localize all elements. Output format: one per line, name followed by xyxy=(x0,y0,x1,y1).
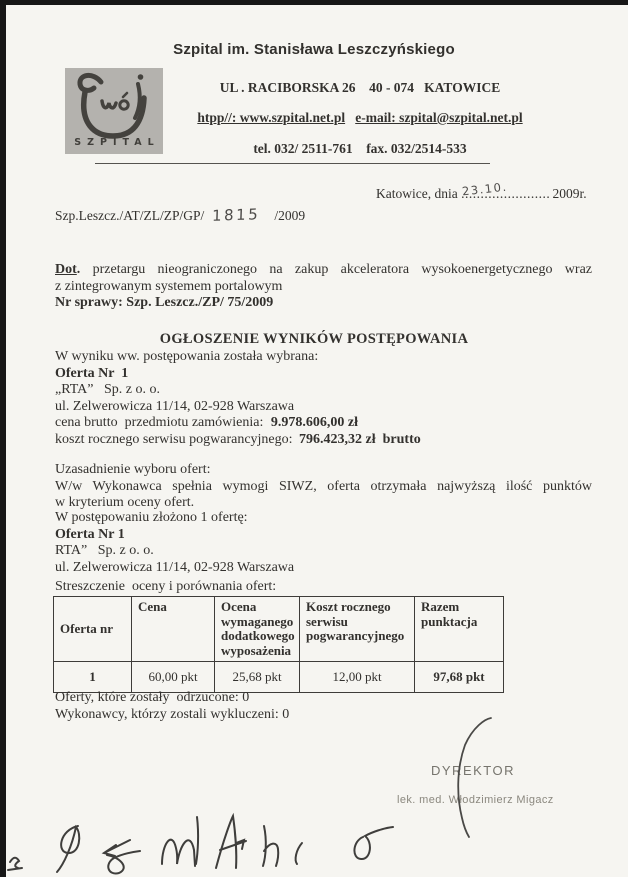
winner-intro: W wyniku ww. postępowania została wybran… xyxy=(55,349,592,366)
hospital-name: Szpital im. Stanisława Leszczyńskiego xyxy=(0,42,628,59)
justification-line1: W/w Wykonawca spełnia wymogi SIWZ, ofert… xyxy=(55,479,592,496)
handwritten-scribbles xyxy=(8,816,393,873)
table-row: 1 60,00 pkt 25,68 pkt 12,00 pkt 97,68 pk… xyxy=(54,662,504,693)
service-cost-label: koszt rocznego serwisu pogwarancyjnego: xyxy=(55,432,293,447)
dateline-prefix: Katowice, dnia xyxy=(376,186,458,201)
subject-text: przetargu nieograniczonego na zakup akce… xyxy=(93,262,592,277)
subject-line2: z zintegrowanym systemem portalowym xyxy=(55,279,592,296)
submitted-intro: W postępowaniu złożono 1 ofertę: xyxy=(55,510,592,527)
table-cell-offer: 1 xyxy=(54,662,132,693)
address-street: UL . RACIBORSKA 26 xyxy=(220,80,356,95)
submitted-company-address: ul. Zelwerowicza 11/14, 02-928 Warszawa xyxy=(55,560,592,577)
letterhead-phone: tel. 032/ 2511-761 fax. 032/2514-533 xyxy=(130,141,590,158)
winner-block: W wyniku ww. postępowania została wybran… xyxy=(55,349,592,448)
table-cell-total: 97,68 pkt xyxy=(415,662,504,693)
fax-number: fax. 032/2514-533 xyxy=(366,141,467,156)
table-header-price: Cena xyxy=(132,597,215,662)
justification-block: Uzasadnienie wyboru ofert: W/w Wykonawca… xyxy=(55,462,592,512)
summary-heading: Streszczenie oceny i porównania ofert: xyxy=(55,579,592,596)
rejected-offers-line: Oferty, które zostały odrzucone: 0 xyxy=(55,690,592,707)
excluded-contractors-line: Wykonawcy, którzy zostali wykluczeni: 0 xyxy=(55,707,592,724)
address-city: 40 - 074 KATOWICE xyxy=(369,80,500,95)
subject-block: Dot. przetargu nieograniczonego na zakup… xyxy=(55,262,592,312)
submitted-block: W postępowaniu złożono 1 ofertę: Oferta … xyxy=(55,510,592,576)
dateline: Katowice, dnia .........................… xyxy=(376,186,611,203)
reference-line: Szp.Leszcz./AT/ZL/ZP/GP/1815/2009 xyxy=(55,207,305,225)
website-link: htpp//: www.szpital.net.pl xyxy=(197,110,345,125)
table-header-service: Koszt rocznego serwisu pogwarancyjnego xyxy=(300,597,415,662)
justification-heading: Uzasadnienie wyboru ofert: xyxy=(55,462,592,479)
submitted-company: RTA” Sp. z o. o. xyxy=(55,543,592,560)
email-link: e-mail: szpital@szpital.net.pl xyxy=(355,110,522,125)
table-header-total: Razem punktacja xyxy=(415,597,504,662)
gross-price-line: cena brutto przedmiotu zamówienia: 9.978… xyxy=(55,415,592,432)
closing-block: Oferty, które zostały odrzucone: 0 Wykon… xyxy=(55,690,592,723)
offers-comparison-table: Oferta nr Cena Ocena wymaganego dodatkow… xyxy=(53,596,504,693)
scan-edge-top xyxy=(0,0,628,5)
table-header-row: Oferta nr Cena Ocena wymaganego dodatkow… xyxy=(54,597,504,662)
reference-suffix: /2009 xyxy=(274,208,305,223)
winner-company-address: ul. Zelwerowicza 11/14, 02-928 Warszawa xyxy=(55,399,592,416)
phone-number: tel. 032/ 2511-761 xyxy=(253,141,352,156)
subject-line1: Dot. przetargu nieograniczonego na zakup… xyxy=(55,262,592,279)
dateline-year: 2009r. xyxy=(552,186,586,201)
document-title: OGŁOSZENIE WYNIKÓW POSTĘPOWANIA xyxy=(0,331,628,348)
table-cell-service: 12,00 pkt xyxy=(300,662,415,693)
subject-label: Dot xyxy=(55,262,77,277)
table-header-equipment: Ocena wymaganego dodatkowego wyposażenia xyxy=(215,597,300,662)
submitted-offer-label: Oferta Nr 1 xyxy=(55,527,592,544)
gross-price-label: cena brutto przedmiotu zamówienia: xyxy=(55,415,263,430)
scan-edge-left xyxy=(0,0,6,877)
letterhead-address: UL . RACIBORSKA 26 40 - 074 KATOWICE xyxy=(130,80,590,97)
gross-price-value: 9.978.606,00 zł xyxy=(271,415,358,430)
service-cost-value: 796.423,32 zł brutto xyxy=(299,432,421,447)
stamp-director-name: lek. med. Włodzimierz Migacz xyxy=(397,792,554,809)
table-cell-equipment: 25,68 pkt xyxy=(215,662,300,693)
table-cell-price: 60,00 pkt xyxy=(132,662,215,693)
stamp-director-title: DYREKTOR xyxy=(431,763,515,780)
winner-company: „RTA” Sp. z o. o. xyxy=(55,382,592,399)
handwritten-reference-number: 1815 xyxy=(212,206,261,224)
service-cost-line: koszt rocznego serwisu pogwarancyjnego: … xyxy=(55,432,592,449)
case-number: Nr sprawy: Szp. Leszcz./ZP/ 75/2009 xyxy=(55,295,592,312)
letterhead-divider xyxy=(95,163,490,164)
table-header-offer: Oferta nr xyxy=(54,597,132,662)
letterhead-web: htpp//: www.szpital.net.pl e-mail: szpit… xyxy=(130,110,590,127)
reference-prefix: Szp.Leszcz./AT/ZL/ZP/GP/ xyxy=(55,208,204,223)
winner-offer-label: Oferta Nr 1 xyxy=(55,366,592,383)
